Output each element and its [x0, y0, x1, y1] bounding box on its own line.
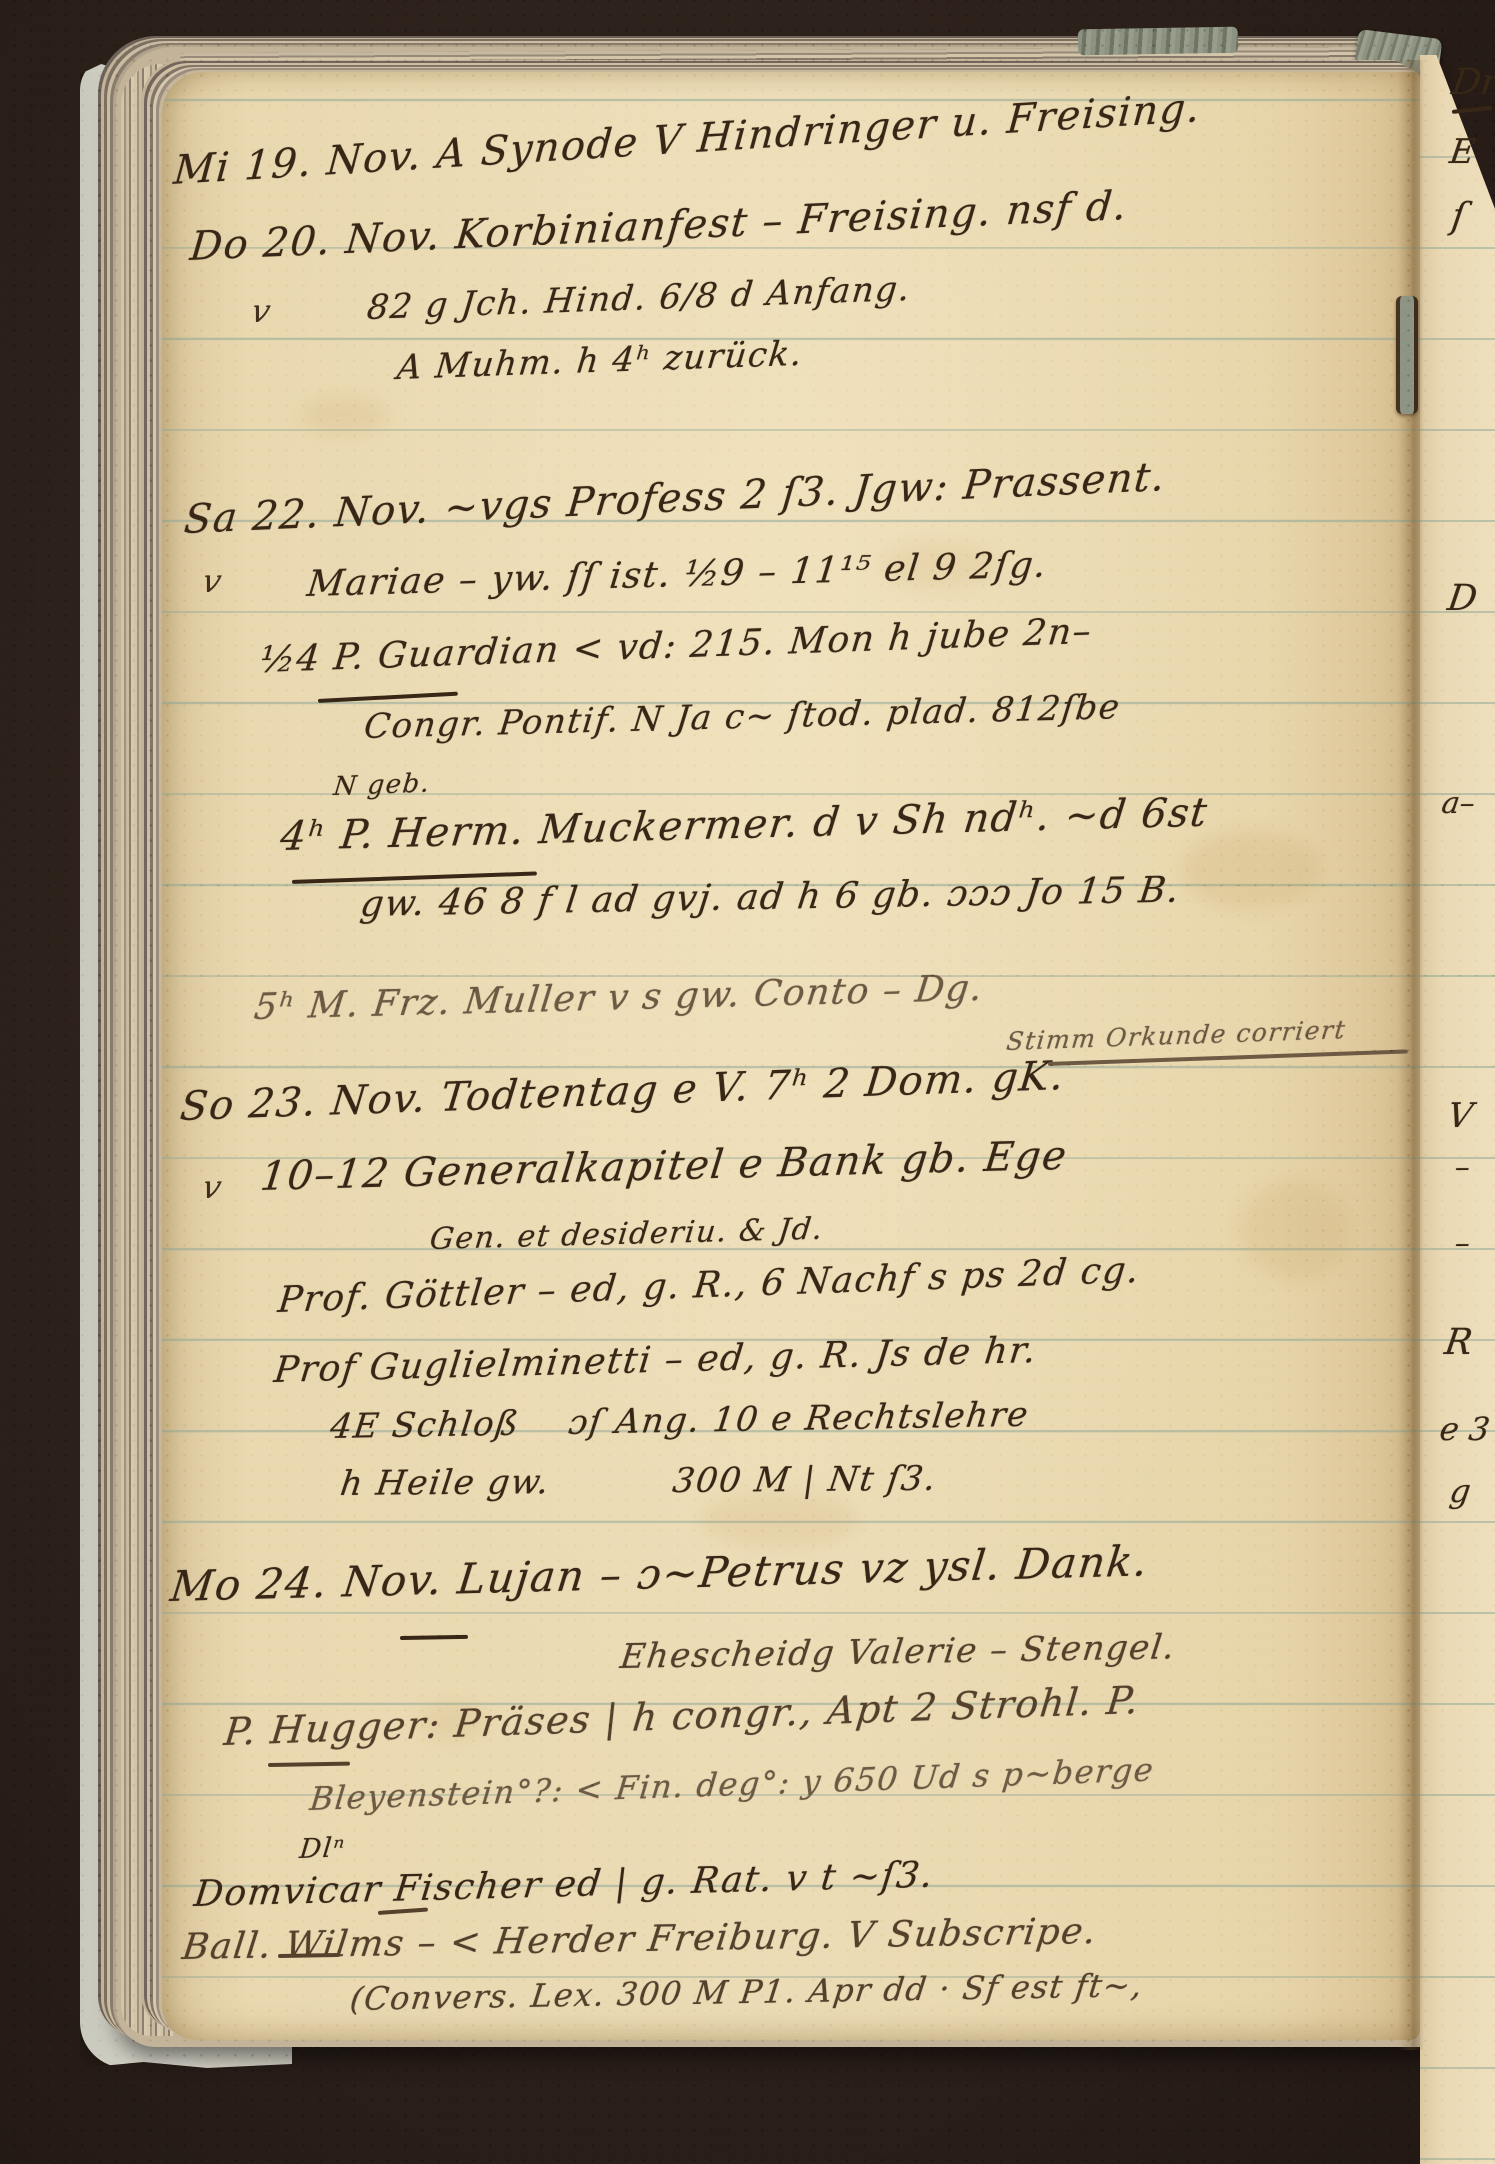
paper-stain [1240, 1180, 1350, 1280]
diary-photo-scene: Mi 19. Nov. A Synode V Hindringer u. Fre… [0, 0, 1495, 2164]
facing-page-text-fragment: D [1445, 578, 1480, 619]
paper-stain [1180, 830, 1320, 910]
handwritten-line: Dlⁿ [298, 1832, 347, 1865]
facing-page-text-fragment: a– [1440, 786, 1478, 821]
book-edge-band [1078, 27, 1238, 56]
margin-slit-mark [1396, 296, 1418, 414]
handwritten-line: h Heile gw. 300 M | Nt ſ3. [338, 1459, 939, 1504]
handwritten-line: N geb. [332, 768, 432, 802]
ink-underline [1452, 106, 1492, 114]
paper-stain [300, 395, 390, 435]
facing-page-text-fragment: e 3 [1437, 1410, 1492, 1448]
facing-page-text-fragment: Dr [1449, 62, 1495, 103]
facing-page-text-fragment: R [1442, 1322, 1475, 1363]
facing-page-text-fragment: V [1445, 1096, 1475, 1136]
